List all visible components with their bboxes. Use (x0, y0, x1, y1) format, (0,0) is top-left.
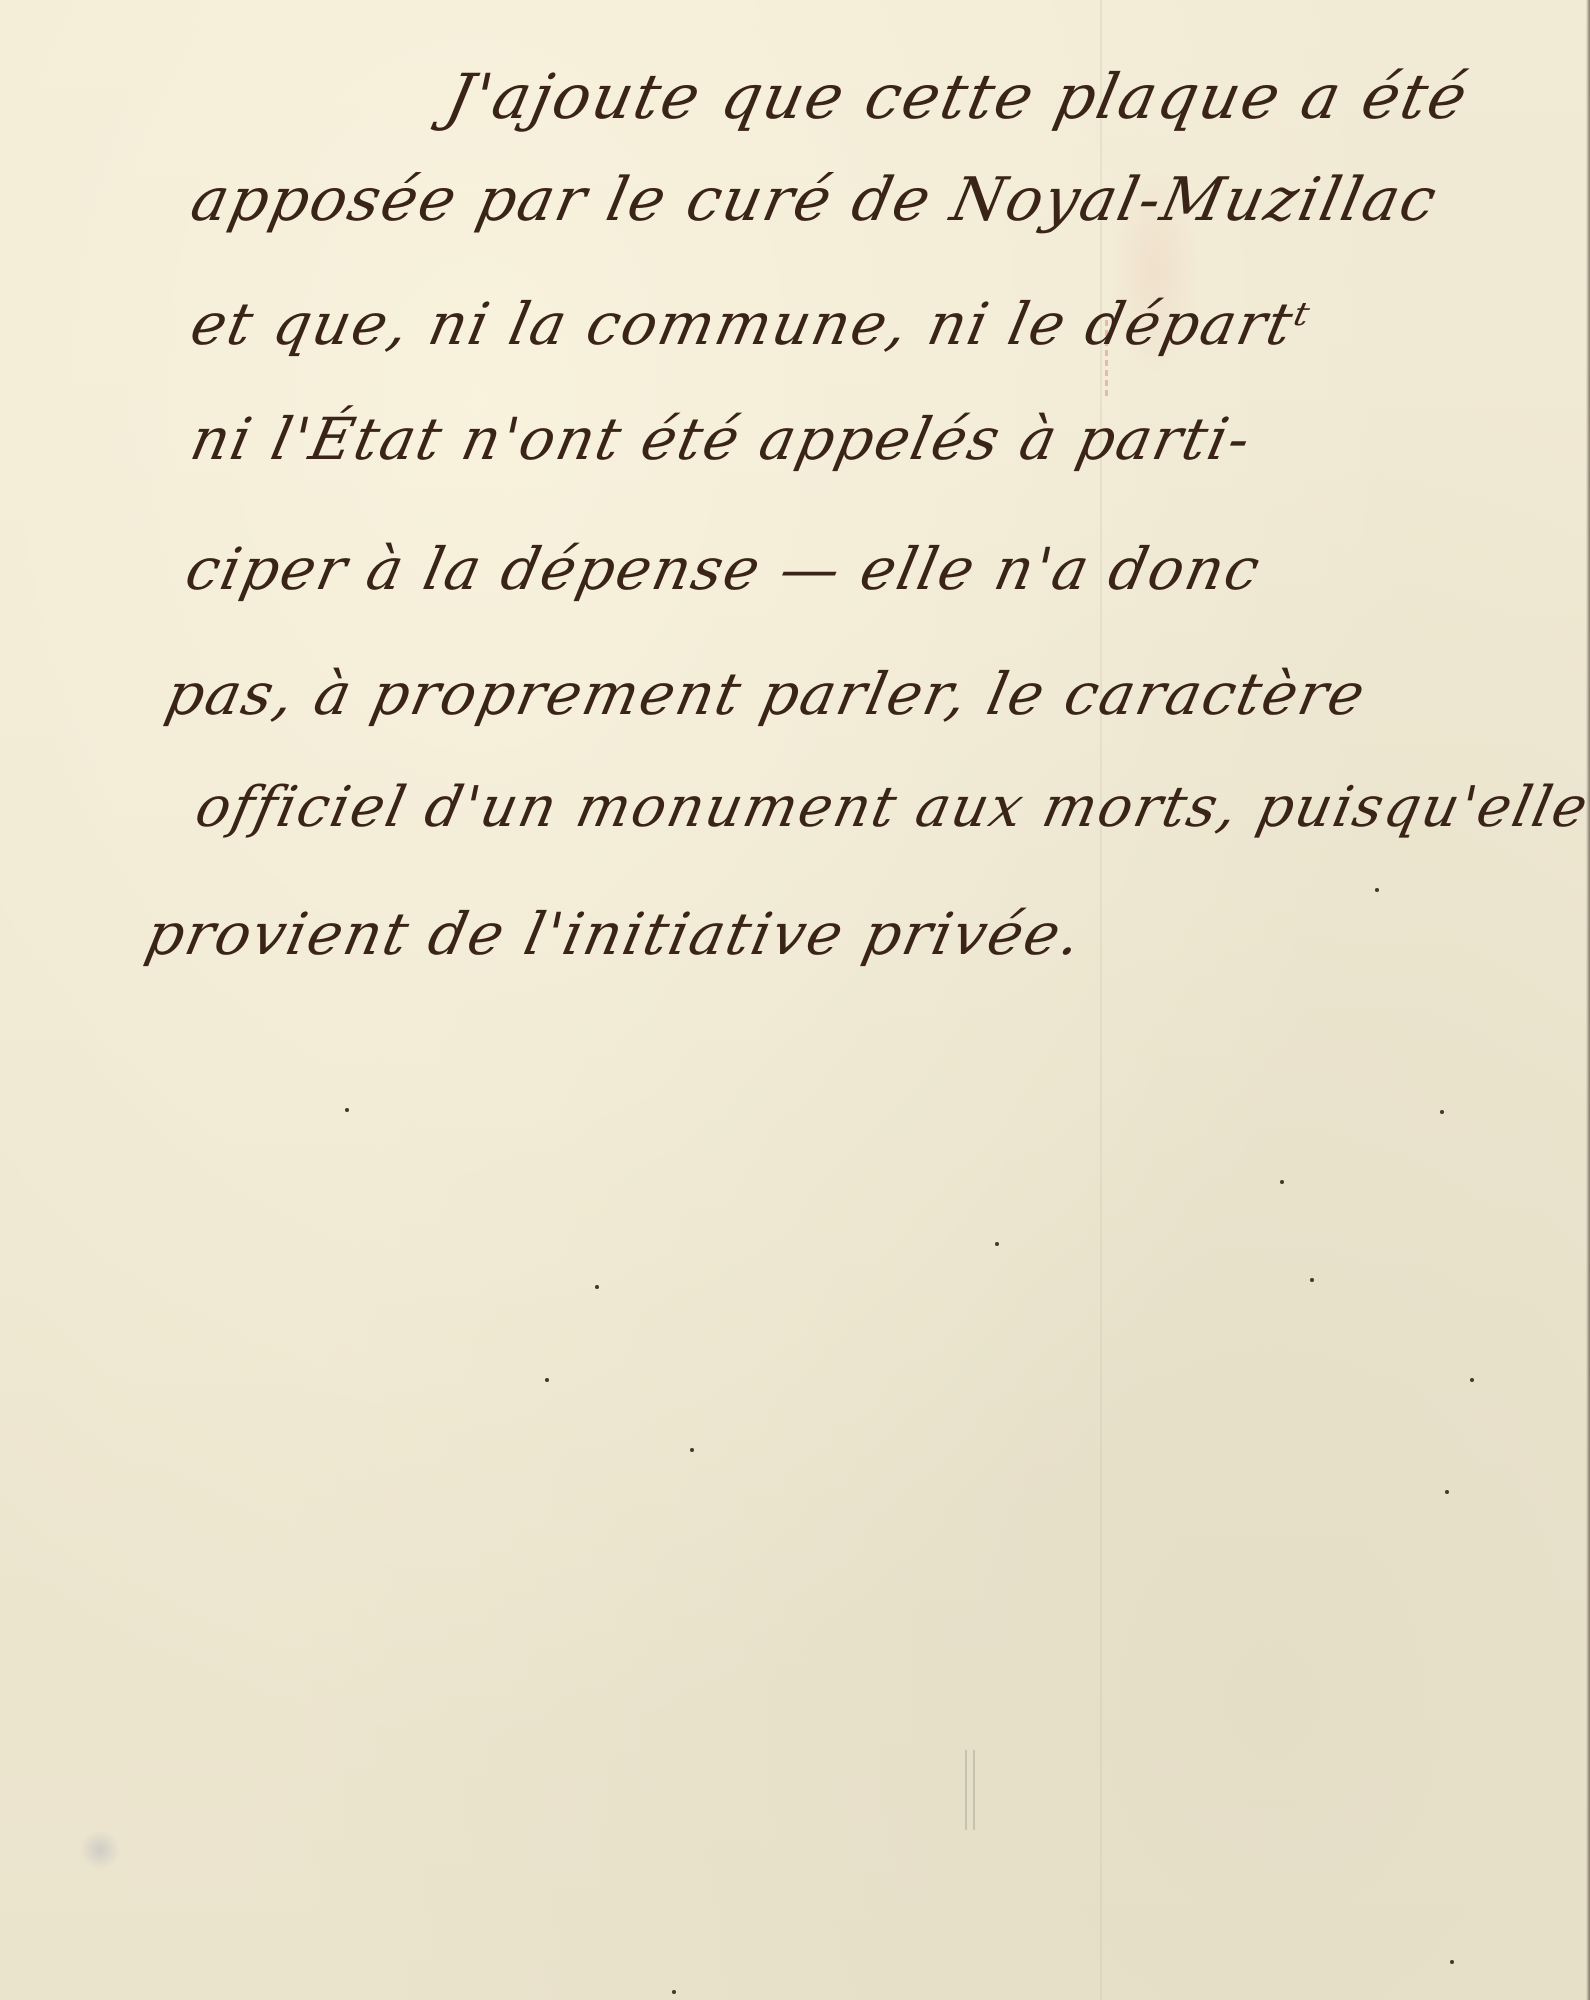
ink-speck (1470, 1378, 1474, 1382)
letter-line-4: ni l'État n'ont été appelés à parti- (185, 405, 1258, 473)
paper-page: J'ajoute que cette plaque a été apposée … (0, 0, 1590, 2000)
letter-line-8: provient de l'initiative privée. (140, 900, 1089, 968)
letter-line-6: pas, à proprement parler, le caractère (160, 660, 1373, 728)
ink-speck (1445, 1490, 1449, 1494)
ink-speck (672, 1990, 676, 1994)
letter-line-7: officiel d'un monument aux morts, puisqu… (190, 775, 1590, 840)
ink-speck (995, 1242, 999, 1246)
letter-line-5: ciper à la dépense — elle n'a donc (180, 535, 1267, 603)
paper-crease-mark (965, 1750, 975, 1830)
ink-speck (545, 1378, 549, 1382)
page-right-edge (1586, 0, 1590, 2000)
letter-line-3: et que, ni la commune, ni le départᵗ (185, 290, 1317, 358)
ink-speck (690, 1448, 694, 1452)
letter-line-1: J'ajoute que cette plaque a été (440, 60, 1475, 133)
ink-speck (1440, 1110, 1444, 1114)
paper-stain (80, 1830, 120, 1870)
ink-speck (1375, 888, 1379, 892)
ink-speck (1280, 1180, 1284, 1184)
ink-speck (1310, 1278, 1314, 1282)
ink-speck (595, 1285, 599, 1289)
ink-speck (345, 1108, 349, 1112)
letter-line-2: apposée par le curé de Noyal-Muzillac (185, 165, 1444, 235)
ink-speck (1450, 1960, 1454, 1964)
